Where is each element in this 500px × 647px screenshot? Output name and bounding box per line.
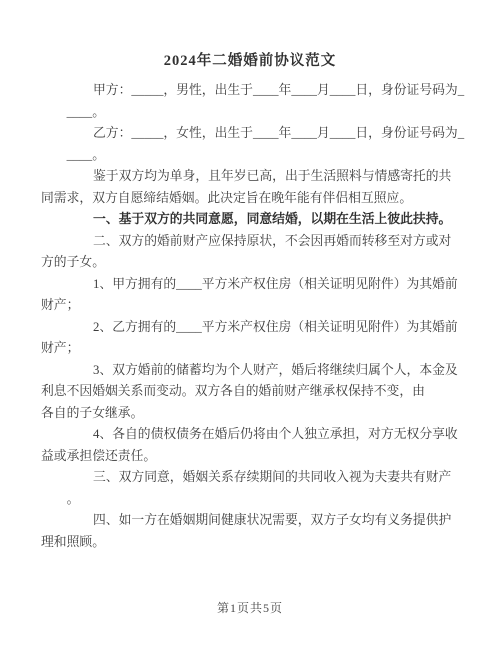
paragraph: 乙方：_____，女性，出生于____年____月____日，身份证号码为_ _… <box>41 123 475 166</box>
paragraph: 二、双方的婚前财产应保持原状，不会因再婚而转移至对方或对 方的子女。 <box>41 231 475 274</box>
paragraph: 4、各自的债权债务在婚后仍将由个人独立承担，对方无权分享收 益或承担偿还责任。 <box>41 424 475 467</box>
paragraph: 2、乙方拥有的____平方米产权住房（相关证明见附件）为其婚前 财产； <box>41 317 475 360</box>
document-body: 甲方：_____，男性，出生于____年____月____日，身份证号码为_ _… <box>0 80 475 553</box>
paragraph: 四、如一方在婚姻期间健康状况需要，双方子女均有义务提供护 理和照顾。 <box>41 510 475 553</box>
paragraph: 3、双方婚前的储蓄均为个人财产，婚后将继续归属个人，本金及 利息不因婚姻关系而变… <box>41 360 475 425</box>
paragraph: 1、甲方拥有的____平方米产权住房（相关证明见附件）为其婚前 财产； <box>41 274 475 317</box>
document-page: 2024年二婚婚前协议范文 甲方：_____，男性，出生于____年____月_… <box>0 0 500 647</box>
paragraph: 鉴于双方均为单身，且年岁已高，出于生活照料与情感寄托的共 同需求，双方自愿缔结婚… <box>41 166 475 209</box>
document-title: 2024年二婚婚前协议范文 <box>0 0 500 70</box>
paragraph: 一、基于双方的共同意愿，同意结婚，以期在生活上彼此扶持。 <box>41 209 475 231</box>
page-number: 第1页共5页 <box>0 601 500 616</box>
paragraph: 甲方：_____，男性，出生于____年____月____日，身份证号码为_ _… <box>41 80 475 123</box>
paragraph: 三、双方同意，婚姻关系存续期间的共同收入视为夫妻共有财产 。 <box>41 467 475 510</box>
